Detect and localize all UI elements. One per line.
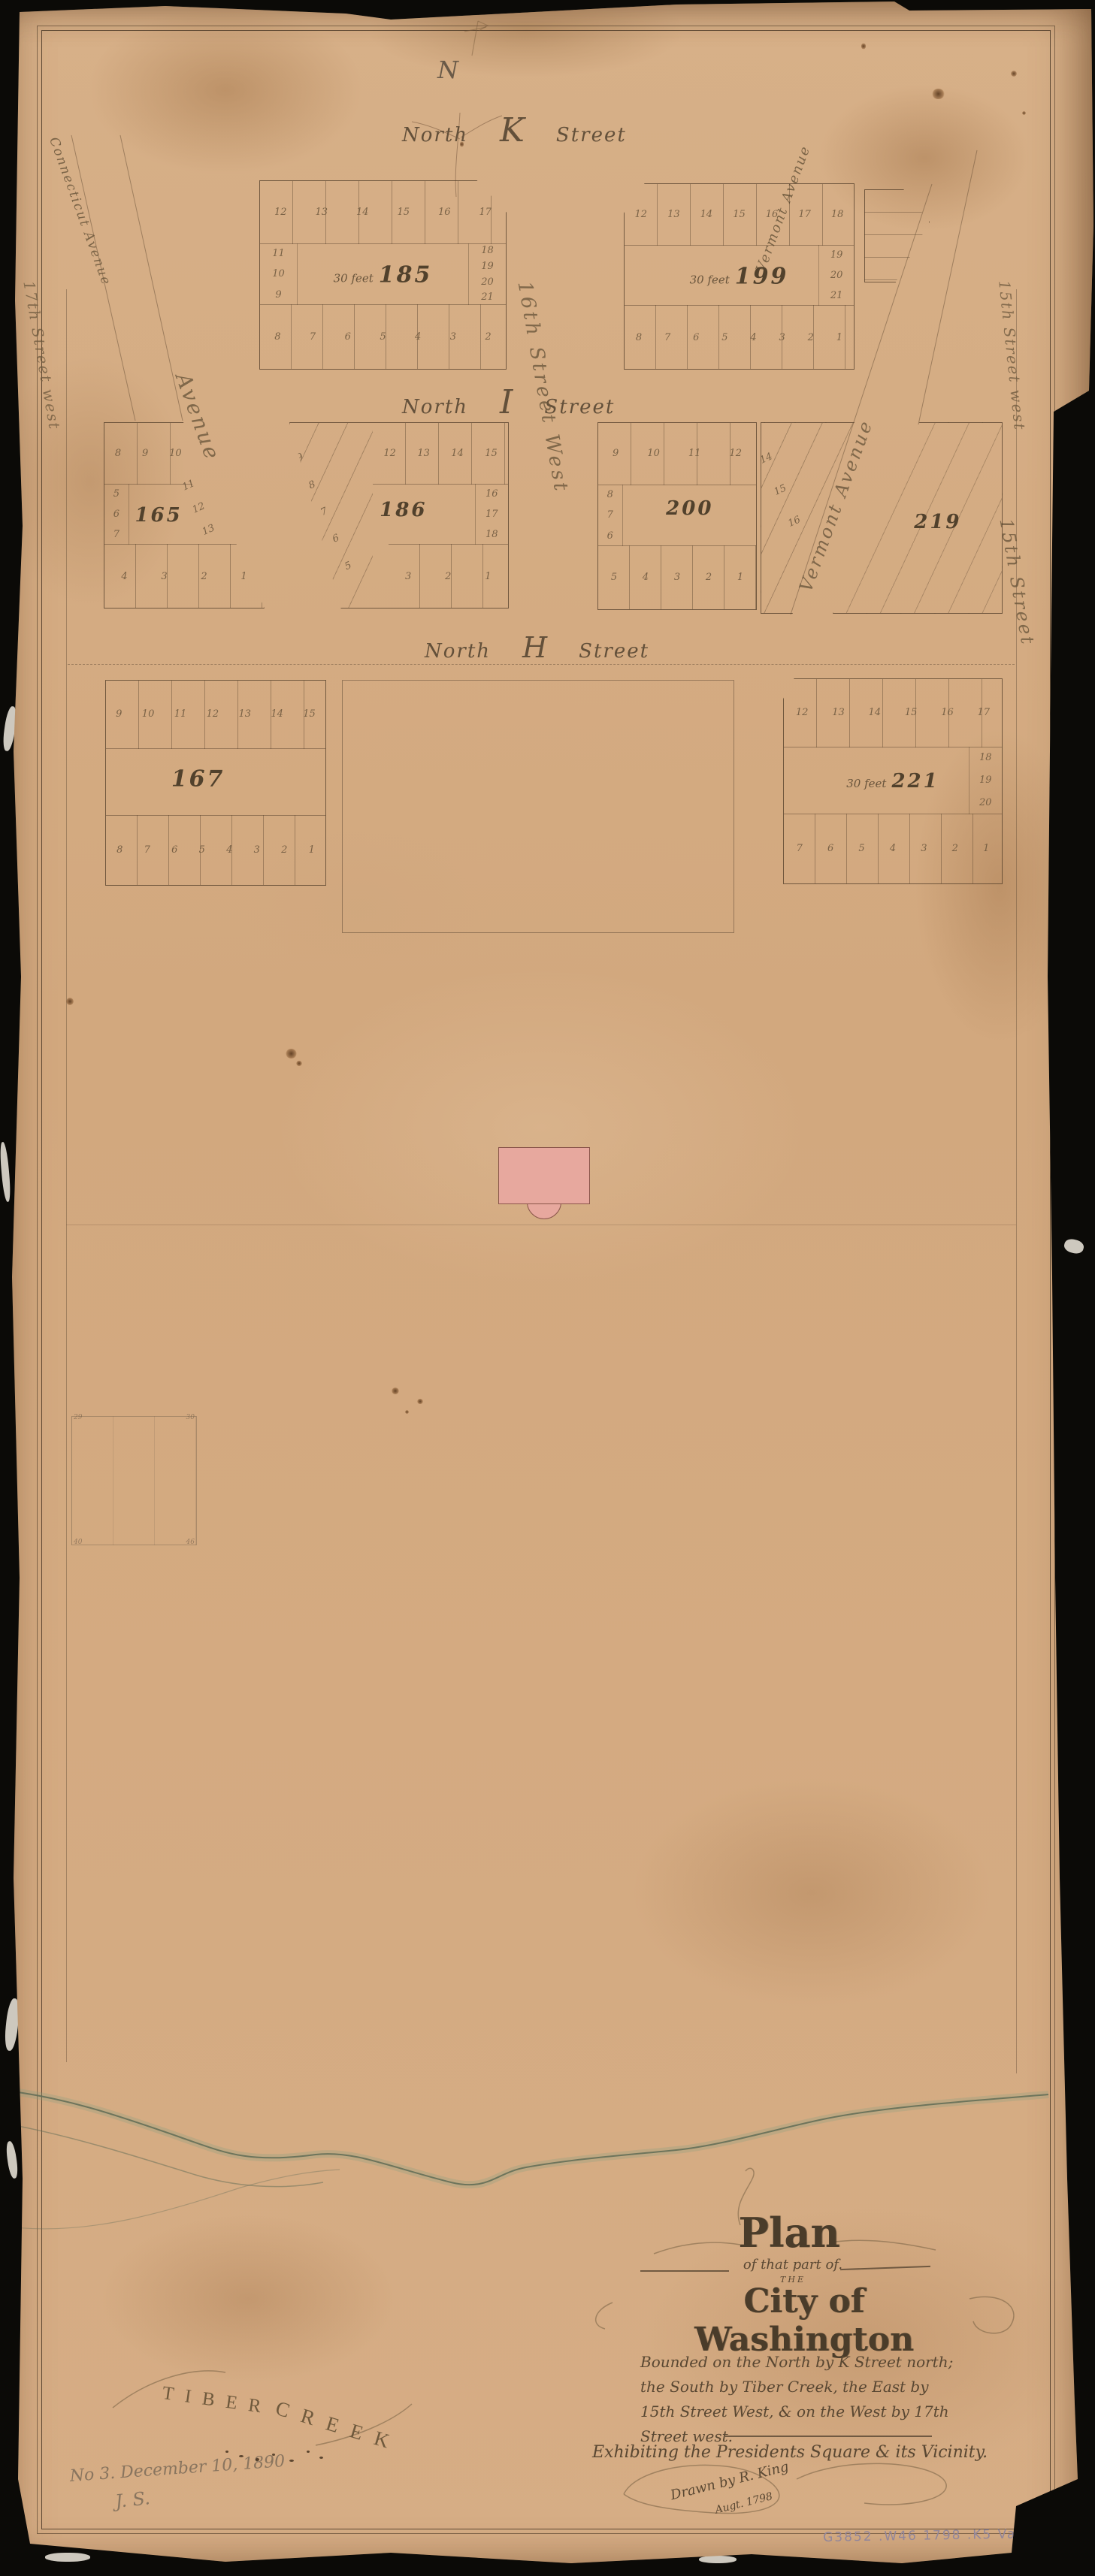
lot-number: 11 xyxy=(174,708,187,720)
lot-number: 8 xyxy=(607,489,613,500)
ink-stain xyxy=(392,1388,399,1394)
lot-number: 3 xyxy=(921,843,927,854)
lot-number: 5 xyxy=(721,332,727,343)
call-number: G3852 .W46 1798 .K5 Vault xyxy=(823,2526,1038,2545)
lot-number: 3 xyxy=(405,571,411,582)
lot-number: 19 xyxy=(830,249,843,261)
lot-number: 16 xyxy=(941,707,954,718)
lot-column: 567 xyxy=(104,484,129,545)
lot-number: 3 xyxy=(779,332,785,343)
lot-number: 12 xyxy=(796,707,809,718)
lot-number: 18 xyxy=(481,245,494,256)
lot-column-diagonal: 141516 xyxy=(753,440,807,541)
lot-number: 18 xyxy=(831,209,844,220)
lot-number: 13 xyxy=(417,448,430,459)
lot-row: 87654321 xyxy=(625,305,854,369)
i-street-north: North xyxy=(402,396,468,418)
lot-number: 14 xyxy=(451,448,464,459)
ink-stain xyxy=(1022,111,1026,115)
ink-stain xyxy=(932,89,945,99)
lot-number: 20 xyxy=(830,270,843,281)
lot-number: 13 xyxy=(315,207,328,218)
lot-number: 16 xyxy=(485,488,498,500)
ink-speck xyxy=(256,2458,259,2461)
lot-number: 15 xyxy=(485,448,498,459)
lot-number: 13 xyxy=(667,209,680,220)
lot-number: 3 xyxy=(254,844,260,856)
accession-initials: J. S. xyxy=(114,2487,151,2512)
lot-number: 7 xyxy=(797,843,803,854)
bounds-line-2: the South by Tiber Creek, the East by xyxy=(640,2375,953,2399)
lot-number: 5 xyxy=(199,844,205,856)
sketch-mark: 29 xyxy=(74,1414,82,1421)
title-rule xyxy=(640,2270,729,2272)
torn-fiber xyxy=(5,2140,20,2179)
lot-number: 16 xyxy=(766,209,779,220)
lot-number: 17 xyxy=(479,207,492,218)
lot-number: 5 xyxy=(113,488,119,500)
lot-number: 19 xyxy=(979,775,992,786)
lot-number: 12 xyxy=(383,448,396,459)
lot-number: 7 xyxy=(144,844,150,856)
pencil-sketch-square: 29 30 40 46 xyxy=(71,1416,197,1545)
title-exhibiting: Exhibiting the Presidents Square & its V… xyxy=(592,2443,988,2462)
square-label: 30 feet199 xyxy=(690,264,789,290)
square-label: 219 xyxy=(914,511,961,533)
ink-stain xyxy=(417,1399,423,1404)
ink-speck xyxy=(272,2454,275,2456)
ink-stain xyxy=(460,141,464,147)
ink-speck xyxy=(319,2457,323,2459)
ink-stain xyxy=(861,43,866,50)
lot-number: 20 xyxy=(979,797,992,808)
lot-number: 10 xyxy=(169,448,182,459)
lot-number: 2 xyxy=(485,331,491,343)
lot-number: 21 xyxy=(481,291,494,303)
torn-fiber xyxy=(699,2556,737,2563)
h-street-line xyxy=(68,664,1015,665)
title-city: City of Washington xyxy=(635,2282,973,2359)
lot-number: 12 xyxy=(190,500,206,515)
lot-number: 17 xyxy=(485,509,498,520)
lot-row: 54321 xyxy=(598,545,756,609)
square-185: 121314151617 8765432 11109 18192021 30 f… xyxy=(259,180,507,370)
lot-number: 7 xyxy=(607,509,613,521)
lot-number: 20 xyxy=(481,276,494,288)
lot-number: 6 xyxy=(607,530,613,542)
lot-column: 192021 xyxy=(818,245,854,306)
square-221: 121314151617 7654321 181920 30 feet221 xyxy=(783,678,1003,884)
ink-speck xyxy=(307,2451,310,2453)
lot-number: 2 xyxy=(445,571,451,582)
lot-number: 2 xyxy=(952,843,958,854)
lot-number: 12 xyxy=(207,708,219,720)
lot-number: 1 xyxy=(836,332,842,343)
square-label: 200 xyxy=(666,497,713,520)
torn-fiber xyxy=(1063,1237,1085,1255)
lot-number: 7 xyxy=(664,332,670,343)
ink-stain xyxy=(66,998,74,1005)
lot-number: 6 xyxy=(827,843,833,854)
h-street-label: North H Street xyxy=(425,631,649,664)
lot-number: 17 xyxy=(978,707,991,718)
lot-number: 12 xyxy=(729,448,742,459)
bounds-line-1: Bounded on the North by K Street north; xyxy=(640,2350,953,2375)
lot-number: 2 xyxy=(201,571,207,582)
map-sheet: PRESIDENT'S HOUSE N North K Street North… xyxy=(0,0,1095,2576)
title-rule-long xyxy=(725,2436,932,2437)
ink-speck xyxy=(239,2455,244,2457)
lot-number: 9 xyxy=(275,289,281,300)
sketch-mark: 40 xyxy=(74,1539,82,1546)
lot-number: 4 xyxy=(415,331,421,343)
lot-row: 4321 xyxy=(104,544,264,608)
lot-number: 4 xyxy=(890,843,896,854)
ink-speck xyxy=(289,2460,294,2462)
lot-number: 10 xyxy=(272,268,285,279)
lot-number: 7 xyxy=(310,331,316,343)
lot-number: 3 xyxy=(161,571,167,582)
lot-row: 8765432 xyxy=(260,304,506,369)
lot-number: 15 xyxy=(905,707,918,718)
lot-number: 15 xyxy=(733,209,746,220)
lot-number: 7 xyxy=(113,529,119,540)
lot-number: 2 xyxy=(808,332,814,343)
k-street-letter: K xyxy=(500,111,525,149)
lot-row: 121314151617 xyxy=(784,679,1002,747)
lot-number: 9 xyxy=(116,708,122,720)
square-200: 9101112 54321 876 200 xyxy=(597,422,757,610)
lot-column: 181920 xyxy=(969,747,1003,814)
lot-number: 12 xyxy=(635,209,648,220)
lot-number: 6 xyxy=(693,332,699,343)
sketch-mark: 30 xyxy=(186,1414,195,1421)
lot-row: 321 xyxy=(389,544,509,608)
lot-number: 15 xyxy=(303,708,316,720)
ink-stain xyxy=(405,1410,409,1414)
lot-number: 6 xyxy=(113,509,119,520)
lot-number: 11 xyxy=(688,448,701,459)
lot-number: 5 xyxy=(611,572,617,583)
lot-column: 876 xyxy=(598,485,623,546)
lot-number: 13 xyxy=(238,708,251,720)
lot-number: 16 xyxy=(786,515,802,530)
street-line-17th xyxy=(66,289,67,2062)
lot-column: 18192021 xyxy=(468,243,506,306)
ink-stain xyxy=(1011,71,1017,77)
lot-number: 2 xyxy=(281,844,287,856)
presidents-square-outline xyxy=(342,680,734,933)
bounds-line-3: 15th Street West, & on the West by 17th xyxy=(640,2399,953,2424)
lot-row: 9101112131415 xyxy=(106,681,325,749)
lot-number: 9 xyxy=(613,448,619,459)
lot-row: 87654321 xyxy=(106,815,325,885)
lot-number: 14 xyxy=(271,708,283,720)
lot-number: 5 xyxy=(858,843,864,854)
lot-number: 17 xyxy=(798,209,811,220)
lot-number: 8 xyxy=(115,448,121,459)
lot-number: 14 xyxy=(869,707,882,718)
lot-column: 11109 xyxy=(260,243,298,306)
title-bounds: Bounded on the North by K Street north; … xyxy=(640,2350,953,2449)
lot-number: 13 xyxy=(832,707,845,718)
k-street-north: North xyxy=(402,124,468,146)
lot-row: 7654321 xyxy=(784,814,1002,883)
lot-number: 2 xyxy=(706,572,712,583)
lot-number: 11 xyxy=(272,248,285,259)
lot-number: 14 xyxy=(356,207,369,218)
lot-number: 4 xyxy=(121,571,127,582)
ink-stain xyxy=(296,1061,302,1066)
square-label: 30 feet185 xyxy=(334,262,433,288)
lot-number: 4 xyxy=(226,844,232,856)
lot-number: 16 xyxy=(438,207,451,218)
presidents-house xyxy=(498,1147,590,1204)
lot-number: 1 xyxy=(309,844,315,856)
title-plan: Plan xyxy=(706,2209,872,2257)
lot-number: 19 xyxy=(481,261,494,272)
ink-speck xyxy=(225,2451,228,2453)
square-label: 165 xyxy=(135,504,182,527)
torn-fiber xyxy=(45,2553,90,2562)
lot-number: 15 xyxy=(772,483,788,498)
compass-n-label: N xyxy=(437,56,458,84)
lot-number: 21 xyxy=(830,290,843,301)
lot-number: 8 xyxy=(636,332,642,343)
h-street-letter: H xyxy=(522,631,547,664)
i-street-letter: I xyxy=(500,383,513,421)
lot-number: 1 xyxy=(983,843,989,854)
lot-number: 5 xyxy=(380,331,386,343)
lot-row: 12131415161718 xyxy=(625,184,854,246)
lot-number: 9 xyxy=(142,448,148,459)
lot-number: 3 xyxy=(674,572,680,583)
lot-number: 11 xyxy=(180,478,196,493)
square-label: 167 xyxy=(171,766,225,792)
lot-number: 1 xyxy=(485,571,491,582)
grounds-line xyxy=(66,1225,1016,1225)
torn-fiber xyxy=(0,1142,11,1203)
lot-number: 6 xyxy=(171,844,177,856)
square-label: 186 xyxy=(380,499,427,521)
lot-number: 6 xyxy=(345,331,351,343)
lot-number: 8 xyxy=(116,844,123,856)
lot-number: 12 xyxy=(274,207,287,218)
k-street-street: Street xyxy=(556,124,627,146)
i-street-label: North I Street xyxy=(402,383,615,421)
lot-row: 121314151617 xyxy=(260,181,506,244)
h-street-street: Street xyxy=(579,640,649,663)
lot-number: 3 xyxy=(450,331,456,343)
k-street-label: North K Street xyxy=(402,111,627,149)
lot-number: 1 xyxy=(240,571,247,582)
title-subline: of that part of. xyxy=(718,2257,868,2272)
h-street-north: North xyxy=(425,640,491,663)
square-167: 9101112131415 87654321 167 xyxy=(105,680,326,886)
lot-number: 15 xyxy=(397,207,410,218)
ink-stain xyxy=(286,1049,297,1058)
square-199: 12131415161718 87654321 192021 30 feet19… xyxy=(624,183,855,370)
lot-number: 1 xyxy=(737,572,743,583)
lot-number: 10 xyxy=(647,448,660,459)
lot-number: 4 xyxy=(643,572,649,583)
lot-number: 18 xyxy=(485,529,498,540)
lot-number: 4 xyxy=(750,332,756,343)
lot-number: 10 xyxy=(142,708,155,720)
lot-column: 161718 xyxy=(475,484,509,545)
lot-number: 14 xyxy=(700,209,713,220)
lot-row: 12131415 xyxy=(373,423,508,485)
lot-number: 18 xyxy=(979,752,992,763)
lot-number: 8 xyxy=(274,331,280,343)
sketch-mark: 46 xyxy=(186,1539,195,1546)
lot-number: 13 xyxy=(201,523,216,538)
square-label: 30 feet221 xyxy=(846,770,939,793)
lot-row: 9101112 xyxy=(598,423,756,485)
